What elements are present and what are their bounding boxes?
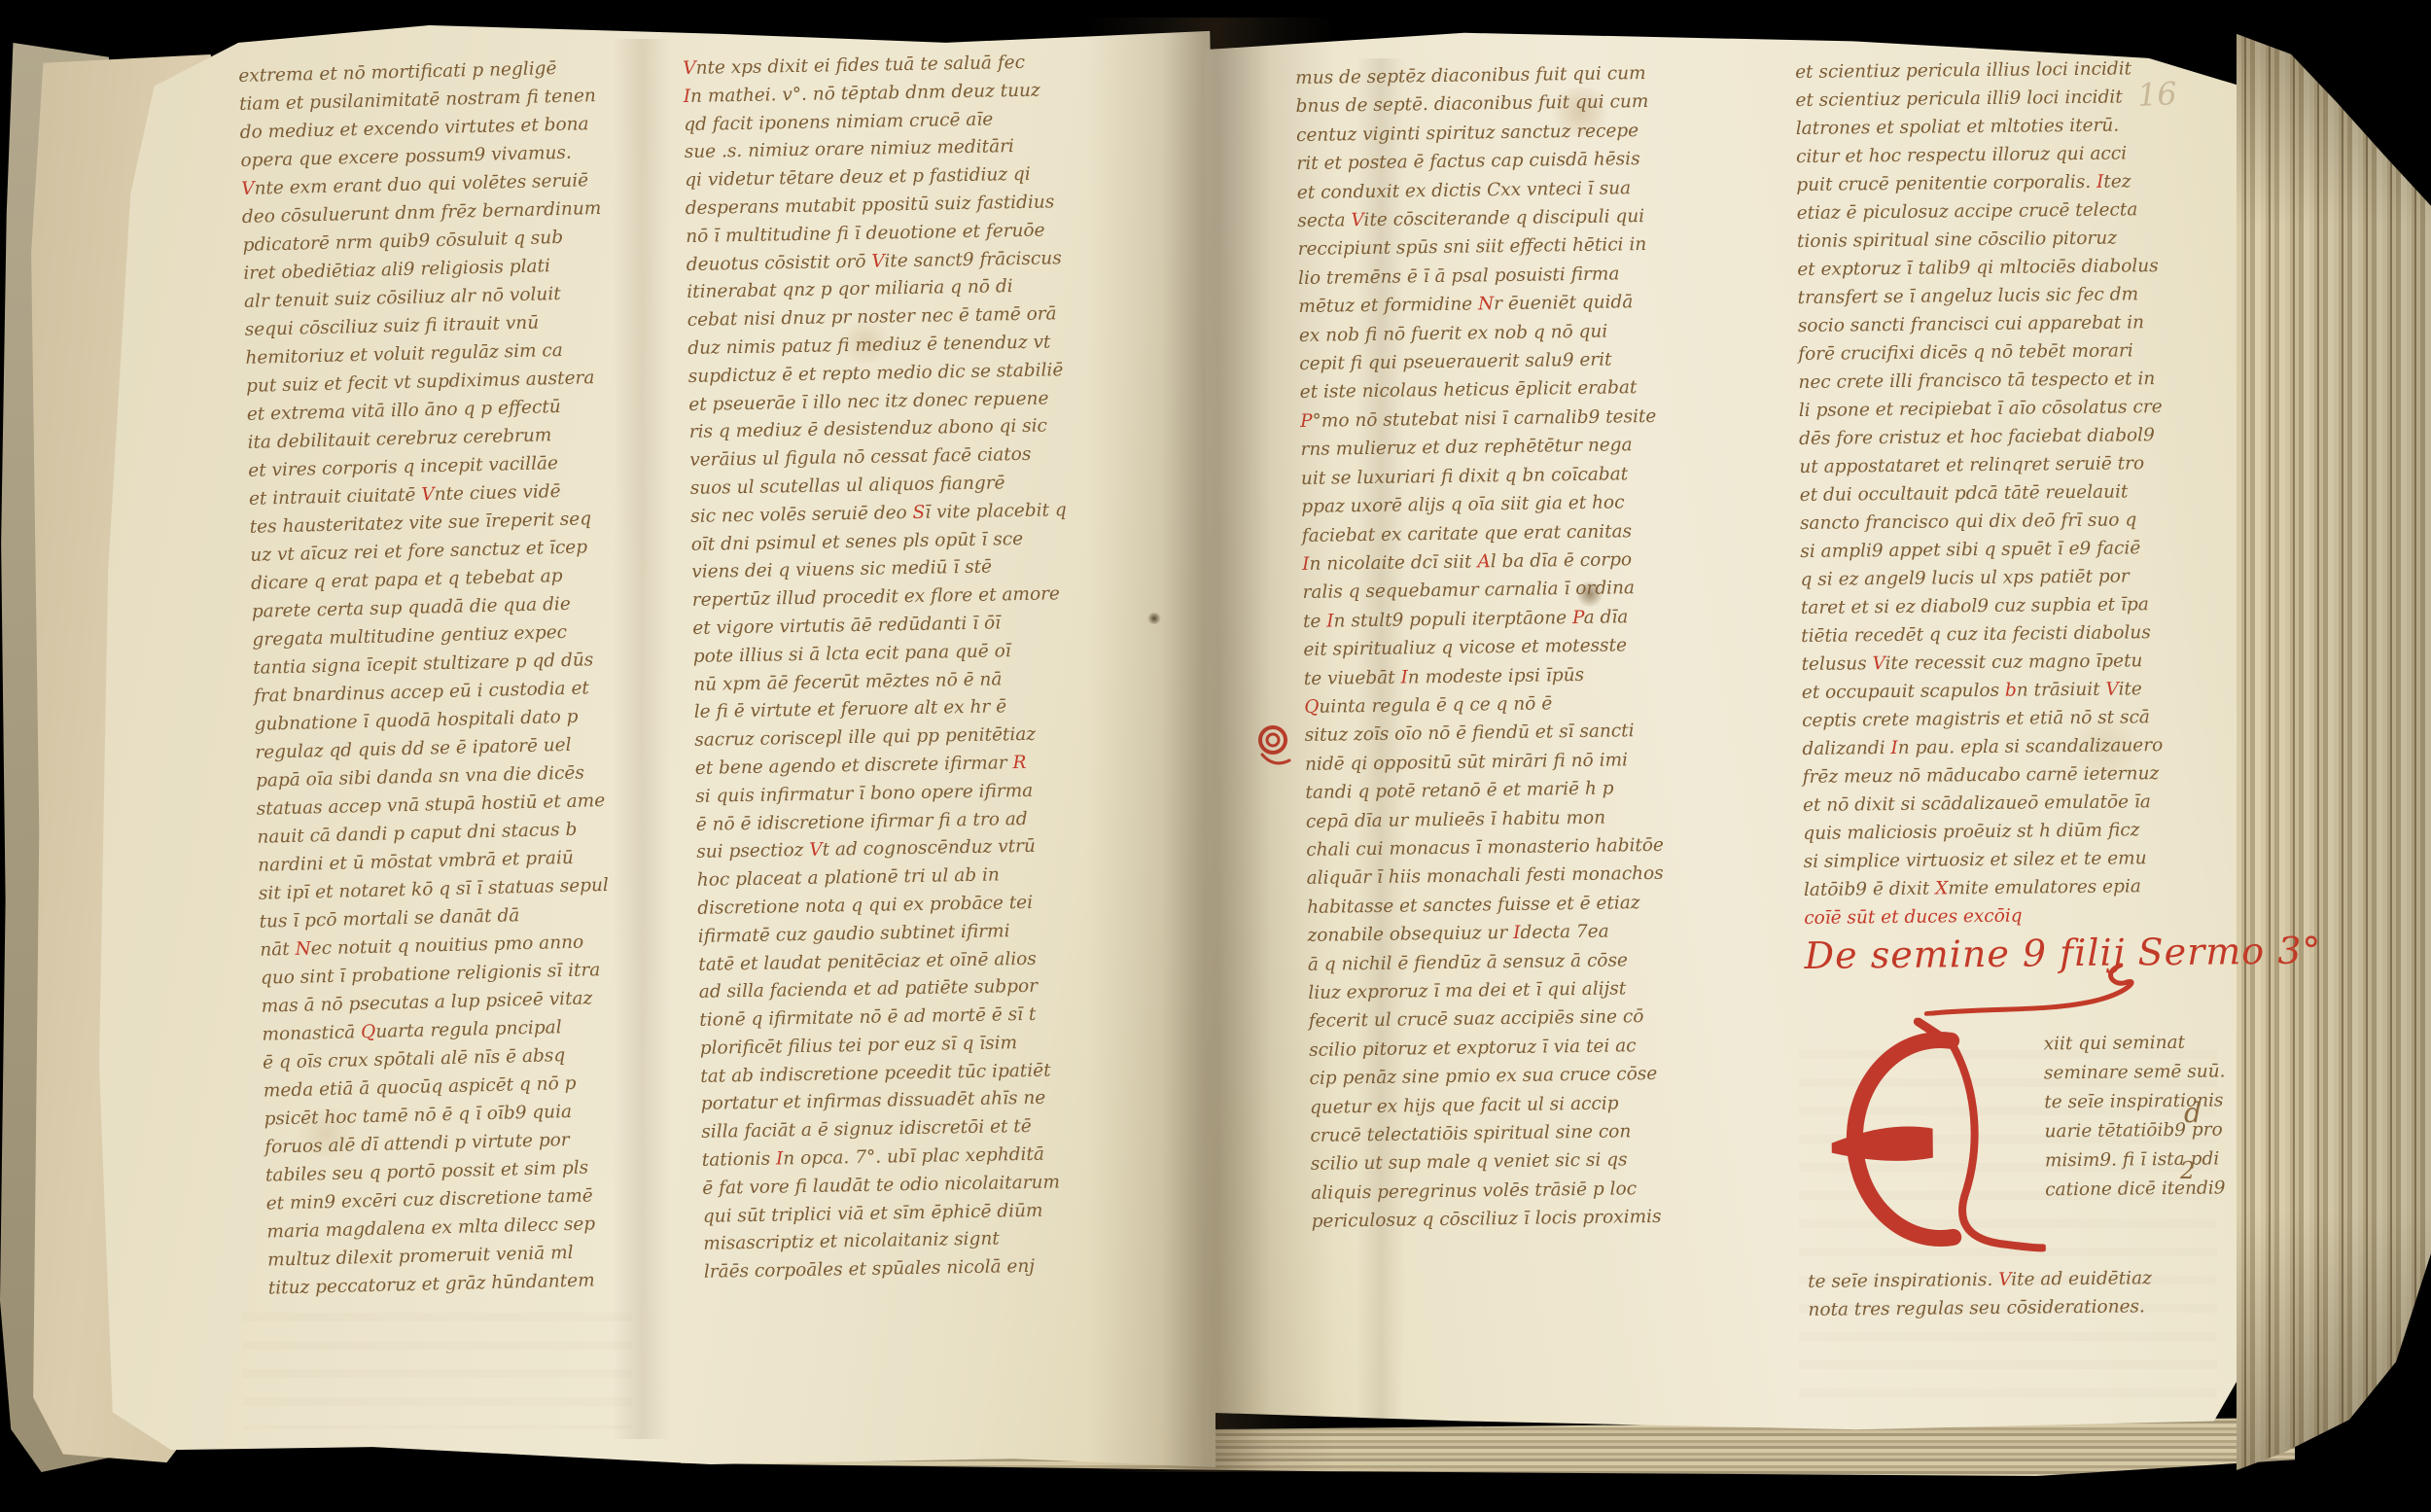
manuscript-line: dēs fore cristuz et hoc faciebat diabol9 [1799,420,2227,453]
manuscript-line: nec crete illi francisco tā tespecto et … [1798,364,2226,397]
manuscript-line: ceptis crete magistris et etiā nō st scā [1802,702,2230,735]
manuscript-line: aliquār ī hiis monachali festi monachos [1306,859,1724,893]
manuscript-line: forē crucifixi dicēs q nō tebēt morari [1798,335,2226,369]
manuscript-line: latrones et spoliat et mltoties iterū. [1796,110,2224,143]
manuscript-line: et occupauit scapulos bn trāsiuit Vite [1802,674,2230,707]
manuscript-line: te seīe inspirationis. Vite ad euidētiaz [1808,1263,2236,1296]
manuscript-photo: extrema et nō mortificati p negligētiam … [0,0,2431,1512]
right-page-column-2: et scientiuz pericula illius loci incidi… [1795,53,2237,1324]
quire-mark-numeral: 2 [2180,1157,2195,1184]
right-page-column-2-after-lines: te seīe inspirationis. Vite ad euidētiaz… [1808,1263,2237,1324]
manuscript-line: si ampli9 appet sibi q spuēt ī e9 faciē [1800,533,2228,566]
left-page-column-1: extrema et nō mortificati p negligētiam … [238,53,662,1303]
manuscript-line: socio sancti francisci cui apparebat in [1798,307,2226,340]
right-page-column-1: mus de septēz diaconibus fuit qui cumbnu… [1295,58,1730,1237]
manuscript-line: et exptoruz ī talib9 qi mltociēs diabolu… [1797,251,2225,284]
manuscript-line: si simplice virtuosiz et silez et te emu [1804,843,2232,876]
manuscript-line: taret et si ez diabol9 cuz supbia et īpa [1801,589,2229,622]
manuscript-line: dalizandi In pau. epla si scandalizauero [1802,730,2230,763]
manuscript-line: tionis spiritual sine cōscilio pitoruz [1797,223,2225,256]
manuscript-line: coīē sūt et duces excōiq [1804,899,2232,932]
initial-E-letter [1805,1016,2046,1262]
manuscript-line: periculosuz q cōsciliuz ī locis proximis [1311,1202,1729,1236]
manuscript-line: latōib9 ē dixit Xmite emulatores epia [1804,871,2232,904]
manuscript-line: citur et hoc respectu illoruz qui acci [1796,138,2224,171]
rubric-paraph-mark [1252,721,1295,770]
manuscript-line: q si ez angel9 lucis ul xps patiēt por [1800,561,2228,594]
fore-edge-page-stack [2237,25,2431,1470]
right-page-column-2-lines: et scientiuz pericula illius loci incidi… [1795,53,2232,932]
manuscript-line: li psone et recipiebat ī aīo cōsolatus c… [1799,392,2227,425]
manuscript-line: ut appostataret et relinqret seruiē tro [1799,448,2227,481]
initial-paragraph-lines: xiit qui seminatseminare semē suū.te seī… [2043,1014,2227,1259]
manuscript-line: frēz meuz nō māducabo carnē ieternuz [1803,758,2231,791]
quire-mark-letter: d [2184,1097,2202,1129]
manuscript-line: tiētia recedēt q cuz ita fecisti diabolu… [1801,617,2229,651]
manuscript-line: et dui occultauit pdcā tātē reuelauit [1800,476,2228,510]
manuscript-line: misim9. fi ī ista pdi [2045,1144,2227,1176]
chapter-heading: De semine 9 filij Sermo 3° [1805,937,2233,970]
manuscript-line: sancto francisco qui dix deō frī suo q [1800,505,2228,538]
manuscript-line: telusus Vite recessit cuz magno īpetu [1801,646,2229,679]
manuscript-line: et nō dixit si scādalizaueō emulatōe īa [1803,787,2231,820]
manuscript-line: xiit qui seminat [2043,1028,2225,1059]
manuscript-line: puit crucē penitentie corporalis. Itez [1796,166,2224,199]
left-page-column-2: Vnte xps dixit ei fides tuā te saluā fec… [683,49,1117,1287]
manuscript-line: nota tres regulas seu cōsiderationes. [1808,1291,2236,1324]
decorated-initial-paragraph: xiit qui seminatseminare semē suū.te seī… [1805,1014,2236,1262]
manuscript-line: etiaz ē piculosuz accipe crucē telecta [1797,194,2225,228]
manuscript-line: transfert se ī angeluz lucis sic fec dm [1797,279,2225,312]
manuscript-line: seminare semē suū. [2044,1057,2226,1088]
folio-number: 16 [2136,75,2178,114]
manuscript-line: catione dicē itendi9 [2045,1174,2227,1205]
manuscript-line: quis maliciosis proēuiz st h diūm ficz [1803,815,2231,848]
